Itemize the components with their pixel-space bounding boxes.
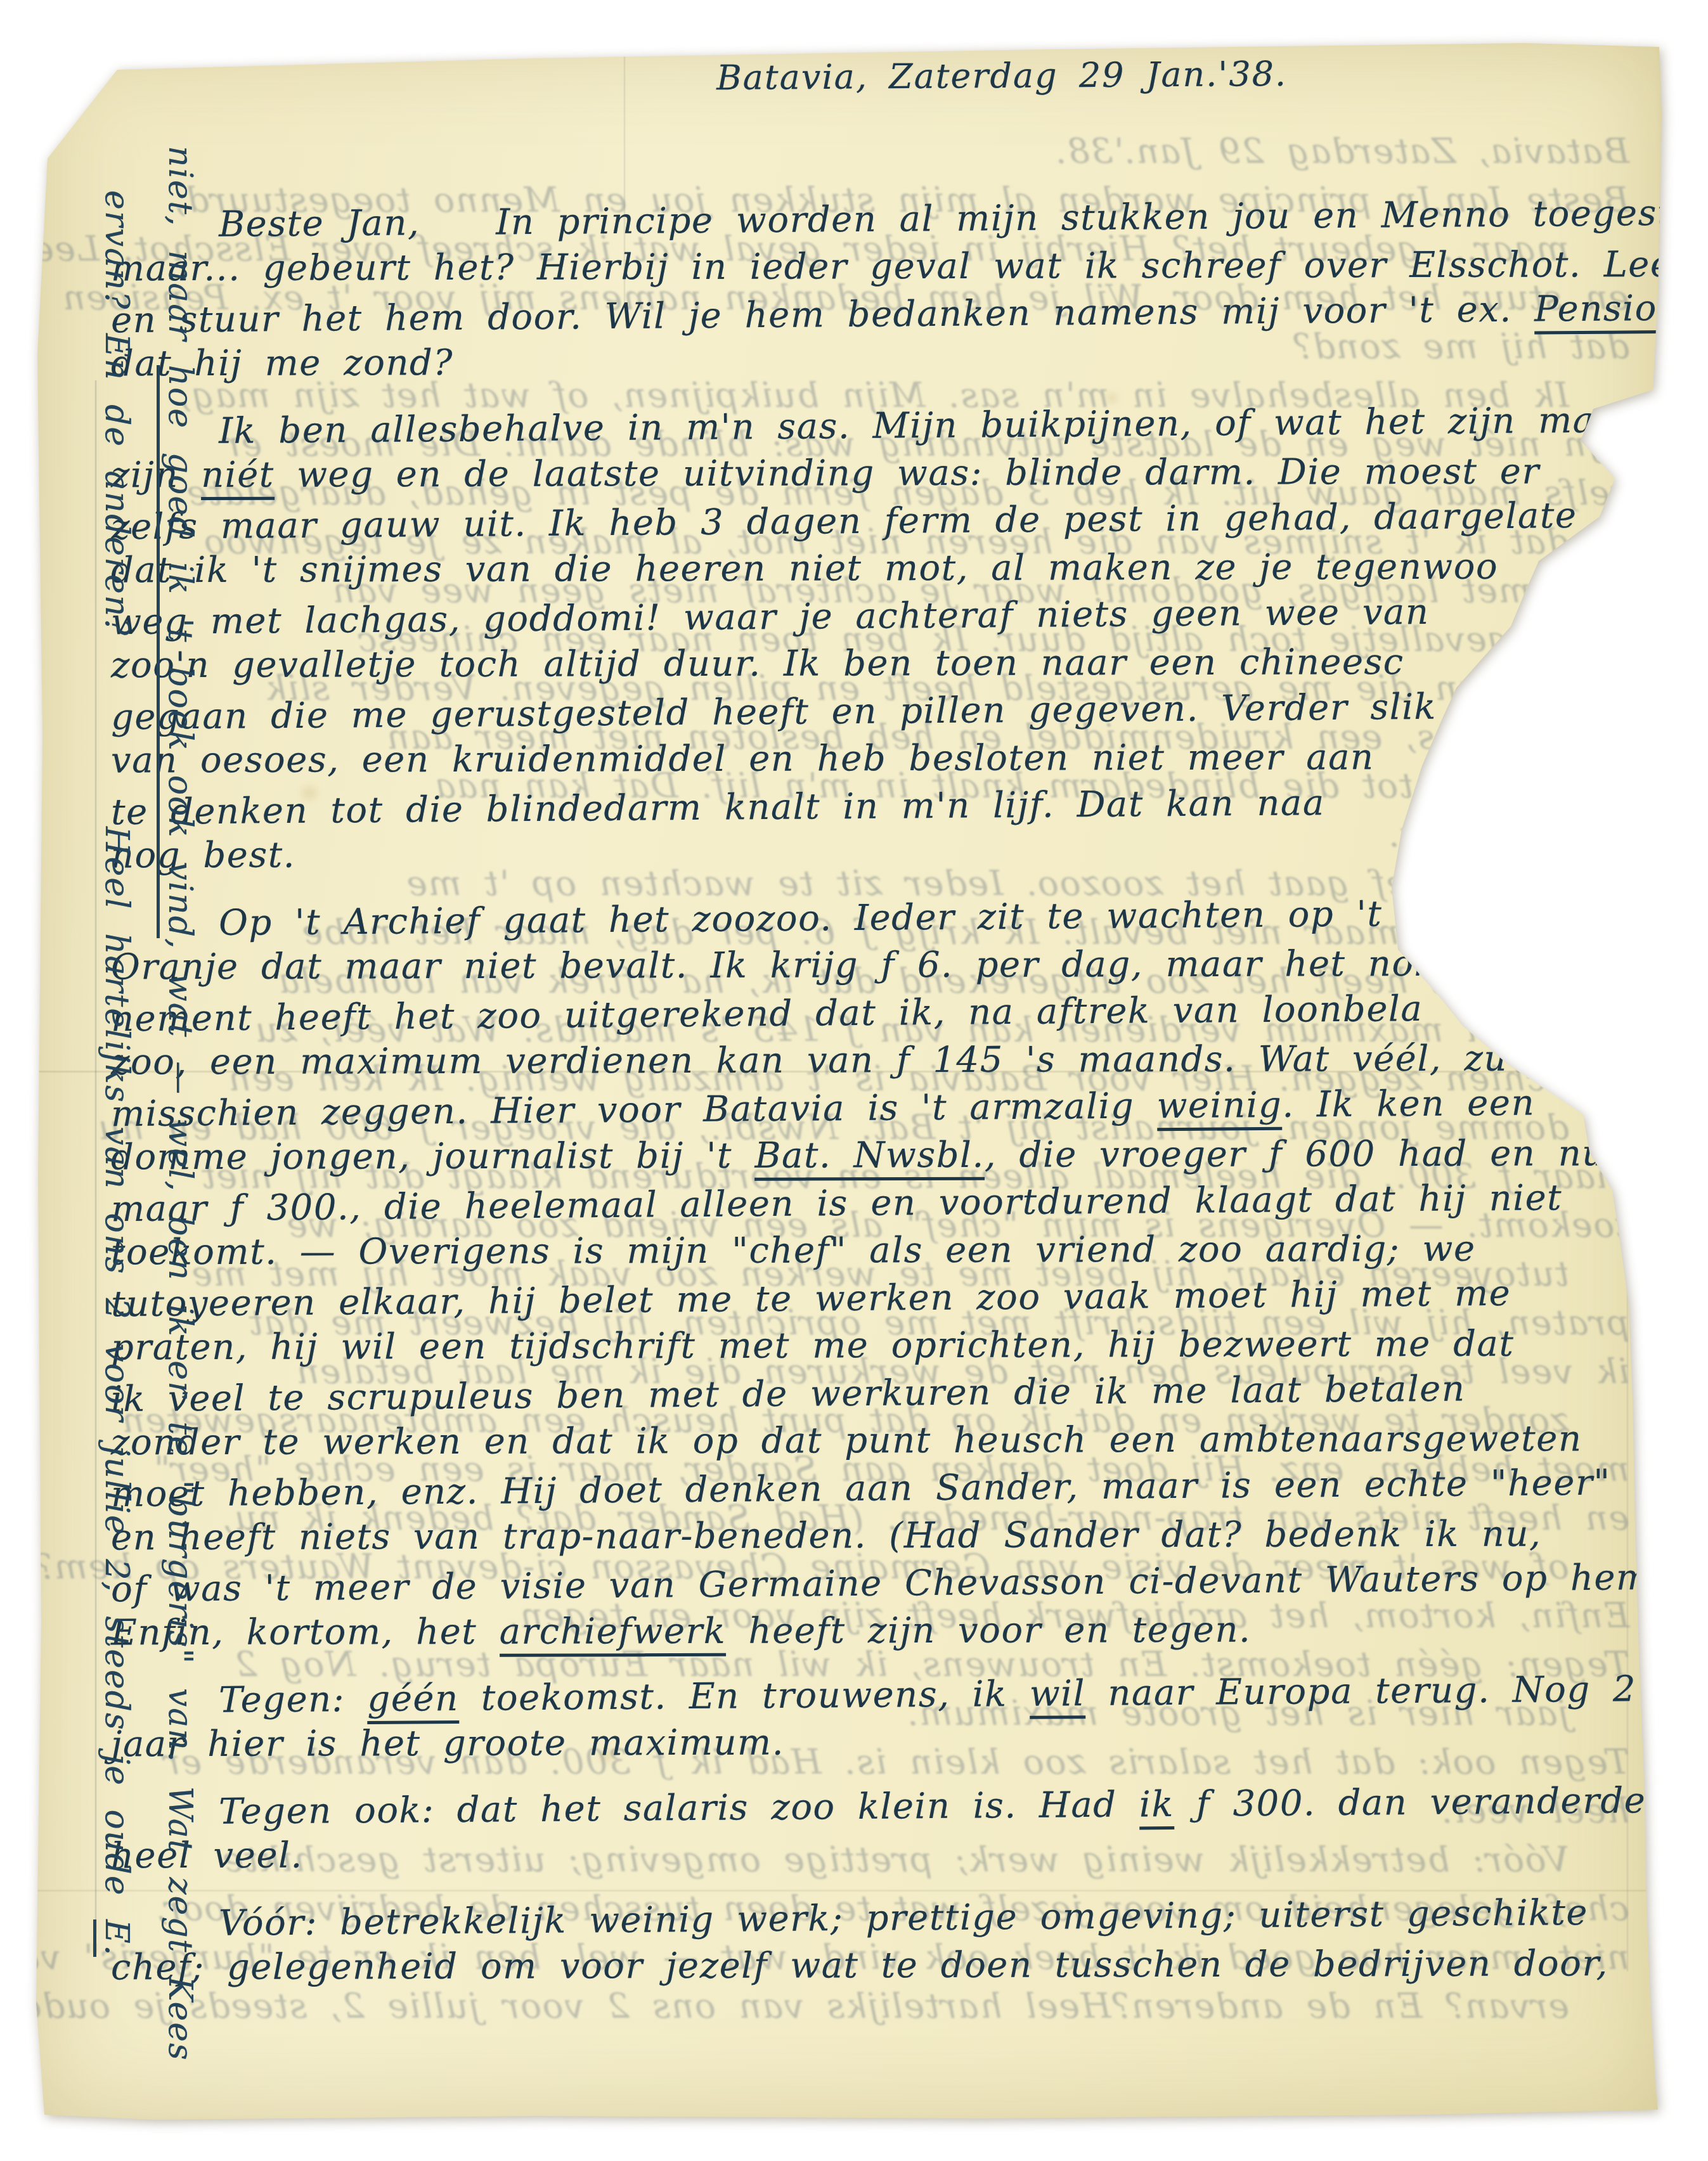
letter-line: misschien zeggen. Hier voor Batavia is '…	[111, 1078, 1664, 1138]
dateline: Batavia, Zaterdag 29 Jan.'38.	[716, 54, 1288, 98]
letter-line: gegaan die me gerustgesteld heeft en pil…	[111, 681, 1664, 741]
text-segment: of was 't meer de visie van Germaine Che…	[111, 1557, 1664, 1611]
text-segment: moet hebben, enz. Hij doet denken aan Sa…	[111, 1462, 1611, 1516]
letter-line: Ik ben allesbehalve in m'n sas. Mijn bui…	[111, 396, 1664, 456]
margin-note-inner: niet, maar hoe goed ik 't boek ook vind,…	[159, 146, 201, 2061]
text-segment: Op 't Archief gaat het zoozoo. Ieder zit…	[219, 893, 1461, 943]
letter-line: dat hij me zond?	[111, 336, 1664, 388]
letter-line: ik veel te scrupuleus ben met de werkure…	[111, 1363, 1664, 1423]
fold-crease	[94, 380, 97, 1933]
letter-line: toekomt. — Overigens is mijn "chef" als …	[111, 1225, 1664, 1277]
letter-line: zelfs maar gauw uit. Ik heb 3 dagen ferm…	[111, 491, 1664, 551]
letter-line: maar... gebeurt het? Hierbij in ieder ge…	[111, 241, 1664, 293]
text-segment: , die vroeger ƒ 600 had en nu	[985, 1133, 1606, 1176]
paragraph: Tegen ook: dat het salaris zoo klein is.…	[111, 1783, 1664, 1878]
text-segment: nement heeft het zoo uitgerekend dat ik,…	[111, 988, 1423, 1040]
letter-line: zonder te werken en dat ik op dat punt h…	[111, 1415, 1664, 1467]
letter-line: Tegen ook: dat het salaris zoo klein is.…	[111, 1776, 1664, 1836]
letter-line: jaar hier is het groote maximum.	[111, 1717, 1664, 1769]
letter-line: heel veel.	[111, 1828, 1664, 1880]
letter-line: zoo'n gevalletje toch altijd duur. Ik be…	[111, 638, 1664, 690]
text-segment: niét	[201, 455, 275, 500]
text-segment: van oesoes, een kruidenmiddel en heb bes…	[111, 737, 1375, 781]
letter-line: maar ƒ 300., die heelemaal alleen is en …	[111, 1173, 1664, 1233]
text-segment: weg en de laatste uitvinding was: blinde…	[275, 451, 1540, 496]
salutation: Beste Jan,	[219, 202, 420, 245]
margin-note-outer: ervan? En de anderen?Heel hartelijks van…	[96, 190, 138, 1957]
letter-line: moet hebben, enz. Hij doet denken aan Sa…	[111, 1458, 1664, 1518]
letter-line: Beste Jan,In principe worden al mijn stu…	[111, 189, 1664, 249]
text-segment: Tegen:	[219, 1679, 368, 1721]
letter-line: Oranje dat maar niet bevalt. Ik krijg ƒ …	[111, 939, 1664, 991]
text-segment: zonder te werken en dat ik op dat punt h…	[111, 1418, 1582, 1463]
text-segment: zelfs maar gauw uit. Ik heb 3 dagen ferm…	[111, 495, 1577, 548]
letter-line: Op 't Archief gaat het zoozoo. Ieder zit…	[111, 887, 1664, 948]
paper-shadow: Batavia, Zaterdag 29 Jan.'38.Beste Jan,I…	[29, 38, 1664, 2124]
text-segment: maar... gebeurt het? Hierbij in ieder ge…	[111, 244, 1664, 290]
letter-line: dat ik 't snijmes van die heeren niet mo…	[111, 543, 1664, 595]
letter-line: Tegen: géén toekomst. En trouwens, ik wi…	[111, 1665, 1664, 1725]
paragraph: Op 't Archief gaat het zoozoo. Ieder zit…	[111, 894, 1664, 1655]
text-segment: heel veel.	[111, 1835, 303, 1877]
text-segment: Heel hartelijks van ons 2 voor jullie 2,…	[98, 827, 136, 1919]
text-segment: toekomst. En trouwens, ik	[458, 1674, 1030, 1719]
text-segment: zoo'n gevalletje toch altijd duur. Ik be…	[111, 642, 1404, 686]
fold-crease	[29, 1889, 1664, 1892]
letter-line: nog best.	[111, 828, 1664, 880]
text-segment: Oranje dat maar niet bevalt. Ik krijg ƒ …	[111, 943, 1460, 988]
text-segment: wil	[1030, 1673, 1086, 1719]
text-segment: Ik ben allesbehalve in m'n sas. Mijn bui…	[219, 399, 1631, 451]
text-segment: hoe goed ik 't boek ook vind	[157, 365, 199, 939]
text-segment: dat ik 't snijmes van die heeren niet mo…	[111, 546, 1498, 591]
text-segment: weg met lachgas, goddomi! waar je achter…	[111, 591, 1430, 643]
ink-layer: Batavia, Zaterdag 29 Jan.'38. Beste Jan,…	[29, 38, 1664, 2124]
text-segment: praten, hij wil een tijdschrift met me o…	[111, 1324, 1515, 1369]
text-segment: weinig	[1156, 1085, 1282, 1132]
text-segment: ƒ 300. dan veranderde er	[1174, 1779, 1664, 1825]
text-segment: domme jongen, journalist bij 't	[111, 1135, 755, 1178]
text-segment: chef; gelegenheid om voor jezelf wat te …	[111, 1943, 1608, 1988]
letter-line: of was 't meer de visie van Germaine Che…	[111, 1553, 1664, 1613]
paragraph: Beste Jan,In principe worden al mijn stu…	[111, 195, 1664, 385]
letter-line: zijn niét weg en de laatste uitvinding w…	[111, 448, 1664, 500]
letter-line: nement heeft het zoo uitgerekend dat ik,…	[111, 983, 1664, 1043]
text-segment: , wat — wel, ben ik er te "burgeris" van…	[161, 938, 199, 2061]
text-segment: tutoyeeren elkaar, hij belet me te werke…	[111, 1273, 1511, 1325]
letter-line: en heeft niets van trap-naar-beneden. (H…	[111, 1510, 1664, 1562]
text-segment: maar ƒ 300., die heelemaal alleen is en …	[111, 1177, 1563, 1230]
text-segment: niet, maar	[161, 146, 199, 365]
fold-crease	[1626, 1211, 1629, 1971]
text-segment: jaar hier is het groote maximum.	[111, 1722, 784, 1765]
letter-scan: Batavia, Zaterdag 29 Jan.'38.Beste Jan,I…	[0, 0, 1708, 2161]
text-segment: nog best.	[111, 835, 295, 877]
paragraph: Vóór: betrekkelijk weinig werk; prettige…	[111, 1894, 1664, 1989]
text-segment: Bat. Nwsbl.	[754, 1135, 985, 1181]
signature-initial: E.	[93, 1919, 136, 1957]
text-segment: géén	[367, 1678, 459, 1724]
letter-line: en stuur het hem door. Wil je hem bedank…	[111, 284, 1664, 344]
letter-line: Vóór: betrekkelijk weinig werk; prettige…	[111, 1888, 1664, 1948]
text-segment: naar Europa terug. Nog 2	[1085, 1668, 1637, 1714]
fold-crease	[623, 38, 626, 304]
text-segment: archiefwerk	[500, 1611, 727, 1657]
text-segment: te denken tot die blindedarm knalt in m'…	[111, 782, 1325, 833]
text-segment: Vóór: betrekkelijk weinig werk; prettige…	[219, 1892, 1588, 1944]
letter-line: weg met lachgas, goddomi! waar je achter…	[111, 586, 1664, 646]
letter-line: domme jongen, journalist bij 't Bat. Nws…	[111, 1130, 1664, 1182]
fold-crease	[29, 1070, 1664, 1073]
letter-body: Beste Jan,In principe worden al mijn stu…	[111, 195, 1664, 2006]
letter-paper: Batavia, Zaterdag 29 Jan.'38.Beste Jan,I…	[29, 38, 1664, 2124]
letter-line: zoo, een maximum verdienen kan van ƒ 145…	[111, 1035, 1664, 1087]
paragraph: Ik ben allesbehalve in m'n sas. Mijn bui…	[111, 402, 1664, 877]
text-segment: ik veel te scrupuleus ben met de werkure…	[111, 1368, 1466, 1420]
text-segment: Tegen ook: dat het salaris zoo klein is.…	[219, 1784, 1139, 1832]
text-segment: zoo, een maximum verdienen kan van ƒ 145…	[111, 1038, 1508, 1083]
text-segment: Pensioen	[1534, 287, 1664, 334]
text-segment: ik	[1139, 1784, 1174, 1829]
text-segment: en stuur het hem door. Wil je hem bedank…	[111, 289, 1534, 342]
letter-line: te denken tot die blindedarm knalt in m'…	[111, 776, 1664, 836]
text-segment: toekomt. — Overigens is mijn "chef" als …	[111, 1229, 1476, 1274]
letter-line: van oesoes, een kruidenmiddel en heb bes…	[111, 733, 1664, 785]
text-segment: . Ik ken een	[1282, 1083, 1535, 1126]
text-segment: heeft zijn voor en tegen.	[726, 1609, 1251, 1652]
text-segment: misschien zeggen. Hier voor Batavia is '…	[111, 1085, 1157, 1135]
letter-line: Enfin, kortom, het archiefwerk heeft zij…	[111, 1605, 1664, 1657]
text-segment: In principe worden al mijn stukken jou e…	[496, 192, 1664, 243]
paragraph: Tegen: géén toekomst. En trouwens, ik wi…	[111, 1671, 1664, 1766]
letter-line: chef; gelegenheid om voor jezelf wat te …	[111, 1940, 1664, 1992]
letter-line: tutoyeeren elkaar, hij belet me te werke…	[111, 1268, 1664, 1328]
text-segment: en heeft niets van trap-naar-beneden. (H…	[111, 1513, 1541, 1558]
text-segment: gegaan die me gerustgesteld heeft en pil…	[111, 687, 1437, 738]
letter-line: praten, hij wil een tijdschrift met me o…	[111, 1320, 1664, 1372]
text-segment: ervan? En de anderen?	[98, 190, 136, 636]
